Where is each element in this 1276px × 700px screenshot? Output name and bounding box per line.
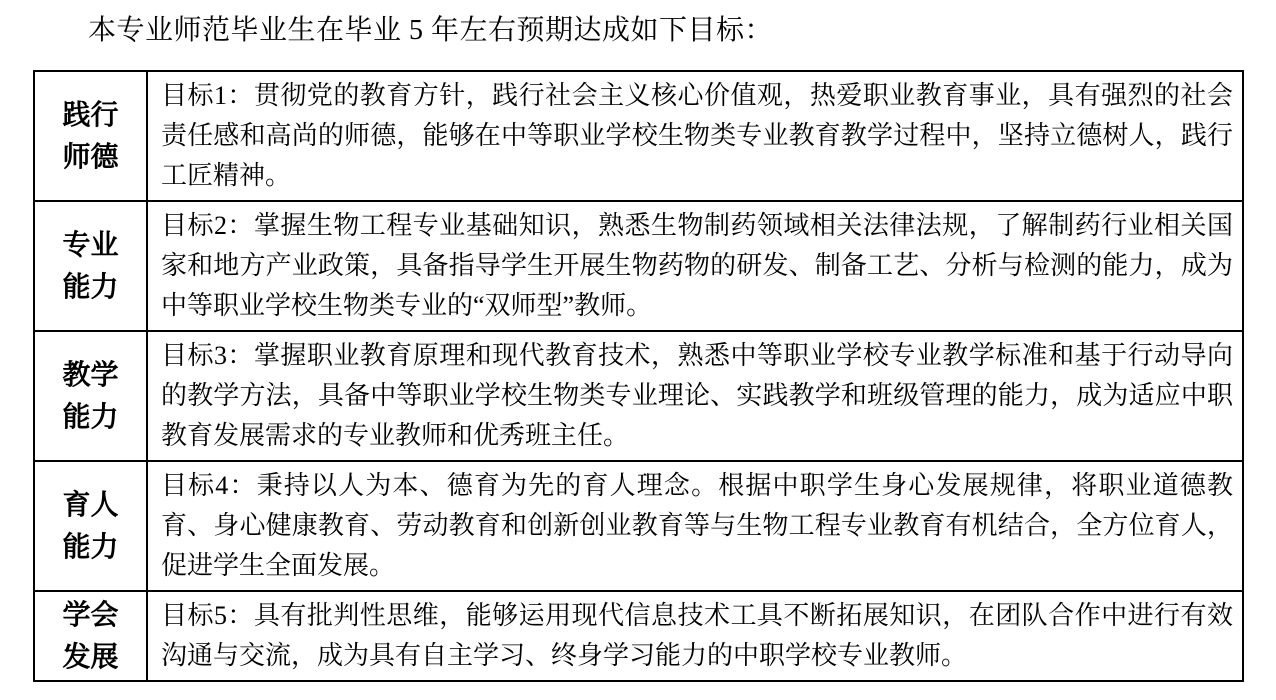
goal-text: 目标3：掌握职业教育原理和现代教育技术，熟悉中等职业学校专业教学标准和基于行动导… — [161, 341, 1233, 450]
intro-text: 本专业师范毕业生在毕业 5 年左右预期达成如下目标： — [88, 12, 773, 50]
goal-text: 目标2：掌握生物工程专业基础知识，熟悉生物制药领域相关法律法规，了解制药行业相关… — [161, 211, 1233, 320]
goal-text: 目标1：贯彻党的教育方针，践行社会主义核心价值观，热爱职业教育事业，具有强烈的社… — [161, 81, 1233, 190]
table-row-jiaoxue: 教学能力 目标3：掌握职业教育原理和现代教育技术，熟悉中等职业学校专业教学标准和… — [34, 331, 1243, 461]
goals-table: 践行师德 目标1：贯彻党的教育方针，践行社会主义核心价值观，热爱职业教育事业，具… — [33, 70, 1244, 682]
goal-cell: 目标3：掌握职业教育原理和现代教育技术，熟悉中等职业学校专业教学标准和基于行动导… — [147, 331, 1243, 461]
goal-cell: 目标4：秉持以人为本、德育为先的育人理念。根据中职学生身心发展规律，将职业道德教… — [147, 461, 1243, 591]
category-label: 践行师德 — [63, 94, 119, 178]
document-page: 本专业师范毕业生在毕业 5 年左右预期达成如下目标： 践行师德 目标1：贯彻党的… — [0, 0, 1276, 700]
category-label: 学会发展 — [63, 594, 119, 678]
category-cell: 教学能力 — [34, 331, 147, 461]
goal-text: 目标4：秉持以人为本、德育为先的育人理念。根据中职学生身心发展规律，将职业道德教… — [161, 471, 1233, 580]
category-cell: 践行师德 — [34, 71, 147, 201]
category-cell: 专业能力 — [34, 201, 147, 331]
category-label: 教学能力 — [63, 354, 119, 438]
category-cell: 育人能力 — [34, 461, 147, 591]
category-label: 专业能力 — [63, 224, 119, 308]
table-row-zhuanye: 专业能力 目标2：掌握生物工程专业基础知识，熟悉生物制药领域相关法律法规，了解制… — [34, 201, 1243, 331]
goal-cell: 目标1：贯彻党的教育方针，践行社会主义核心价值观，热爱职业教育事业，具有强烈的社… — [147, 71, 1243, 201]
category-label: 育人能力 — [63, 484, 119, 568]
category-cell: 学会发展 — [34, 591, 147, 681]
table-row-shide: 践行师德 目标1：贯彻党的教育方针，践行社会主义核心价值观，热爱职业教育事业，具… — [34, 71, 1243, 201]
table-row-fazhan: 学会发展 目标5：具有批判性思维，能够运用现代信息技术工具不断拓展知识，在团队合… — [34, 591, 1243, 681]
goals-table-body: 践行师德 目标1：贯彻党的教育方针，践行社会主义核心价值观，热爱职业教育事业，具… — [34, 71, 1243, 681]
goal-text: 目标5：具有批判性思维，能够运用现代信息技术工具不断拓展知识，在团队合作中进行有… — [161, 601, 1233, 670]
goal-cell: 目标2：掌握生物工程专业基础知识，熟悉生物制药领域相关法律法规，了解制药行业相关… — [147, 201, 1243, 331]
goal-cell: 目标5：具有批判性思维，能够运用现代信息技术工具不断拓展知识，在团队合作中进行有… — [147, 591, 1243, 681]
table-row-yuren: 育人能力 目标4：秉持以人为本、德育为先的育人理念。根据中职学生身心发展规律，将… — [34, 461, 1243, 591]
